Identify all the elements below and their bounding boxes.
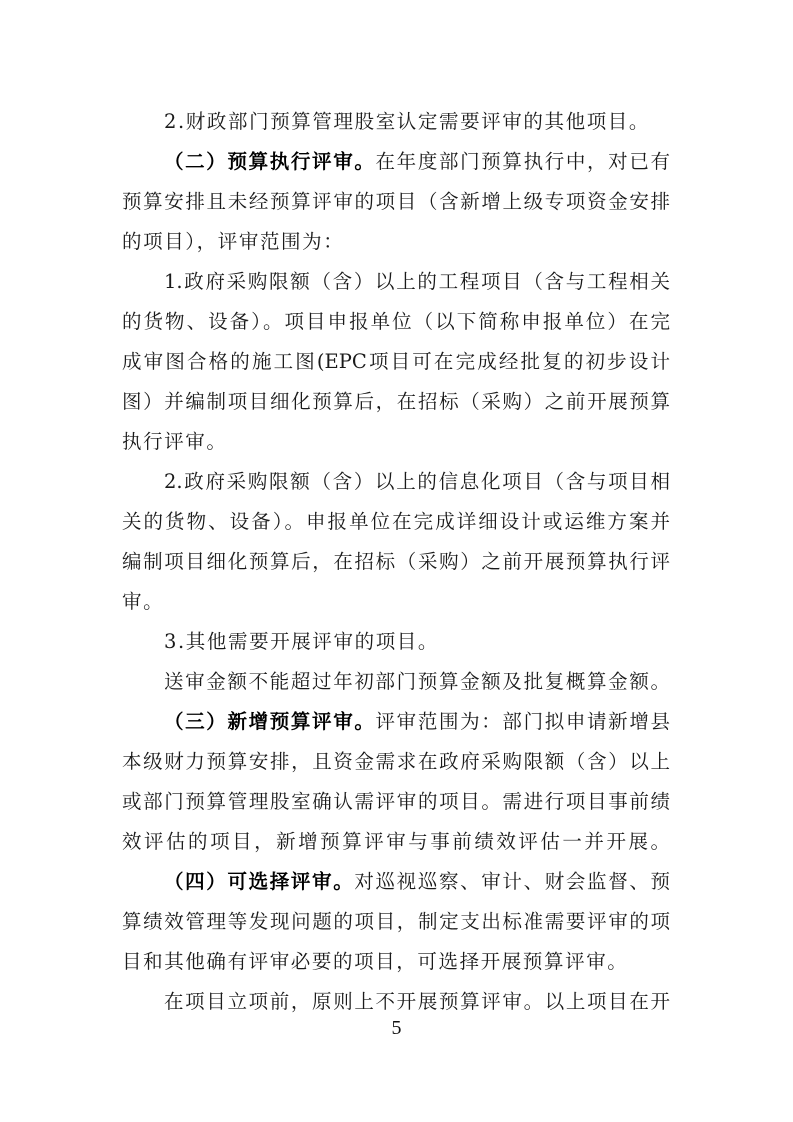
line-text: 本级财力预算安排，且资金需求在政府采购限额（含）以上 (122, 750, 670, 773)
line-text: 图）并编制项目细化预算后，在招标（采购）之前开展预算 (122, 390, 670, 413)
section-heading: （三）新增预算评审。 (164, 710, 376, 733)
text-line: 本级财力预算安排，且资金需求在政府采购限额（含）以上 (122, 742, 670, 782)
text-line: 执行评审。 (122, 422, 670, 462)
line-text: 3.其他需要开展评审的项目。 (164, 630, 439, 653)
line-text: 2.财政部门预算管理股室认定需要评审的其他项目。 (164, 110, 650, 133)
line-text: 对巡视巡察、审计、财会监督、预 (354, 870, 670, 893)
section-heading-line: （三）新增预算评审。评审范围为：部门拟申请新增县 (122, 702, 670, 742)
section-heading-line: （二）预算执行评审。在年度部门预算执行中，对已有 (122, 142, 670, 182)
text-line: 关的货物、设备）。申报单位在完成详细设计或运维方案并 (122, 502, 670, 542)
text-line: 3.其他需要开展评审的项目。 (122, 622, 670, 662)
line-text: 或部门预算管理股室确认需评审的项目。需进行项目事前绩 (122, 790, 670, 813)
line-text: 算绩效管理等发现问题的项目，制定支出标准需要评审的项 (122, 910, 670, 933)
line-text: 编制项目细化预算后，在招标（采购）之前开展预算执行评 (122, 550, 670, 573)
line-text: 评审范围为：部门拟申请新增县 (376, 710, 670, 733)
text-line: 预算安排且未经预算评审的项目（含新增上级专项资金安排 (122, 182, 670, 222)
line-text: 审。 (122, 590, 164, 613)
body-text: 2.财政部门预算管理股室认定需要评审的其他项目。 （二）预算执行评审。在年度部门… (122, 102, 670, 1022)
line-text: 送审金额不能超过年初部门预算金额及批复概算金额。 (164, 670, 670, 693)
page-number: 5 (0, 1016, 793, 1040)
section-heading: （四）可选择评审。 (164, 870, 354, 893)
line-text: 2.政府采购限额（含）以上的信息化项目（含与项目相 (164, 470, 670, 493)
text-line: 算绩效管理等发现问题的项目，制定支出标准需要评审的项 (122, 902, 670, 942)
text-line: 2.财政部门预算管理股室认定需要评审的其他项目。 (122, 102, 670, 142)
text-line: 2.政府采购限额（含）以上的信息化项目（含与项目相 (122, 462, 670, 502)
line-text: 的项目），评审范围为： (122, 230, 344, 253)
text-line: 1.政府采购限额（含）以上的工程项目（含与工程相关 (122, 262, 670, 302)
text-line: 的项目），评审范围为： (122, 222, 670, 262)
text-line: 审。 (122, 582, 670, 622)
line-text: 成审图合格的施工图(EPC项目可在完成经批复的初步设计 (122, 350, 670, 373)
line-text: 效评估的项目，新增预算评审与事前绩效评估一并开展。 (122, 830, 670, 853)
section-heading-line: （四）可选择评审。对巡视巡察、审计、财会监督、预 (122, 862, 670, 902)
line-text: 目和其他确有评审必要的项目，可选择开展预算评审。 (122, 950, 628, 973)
line-text: 在年度部门预算执行中，对已有 (376, 150, 670, 173)
line-text: 预算安排且未经预算评审的项目（含新增上级专项资金安排 (122, 190, 670, 213)
text-line: 目和其他确有评审必要的项目，可选择开展预算评审。 (122, 942, 670, 982)
text-line: 的货物、设备）。项目申报单位（以下简称申报单位）在完 (122, 302, 670, 342)
text-line: 编制项目细化预算后，在招标（采购）之前开展预算执行评 (122, 542, 670, 582)
text-line: 图）并编制项目细化预算后，在招标（采购）之前开展预算 (122, 382, 670, 422)
line-text: 执行评审。 (122, 430, 228, 453)
line-text: 的货物、设备）。项目申报单位（以下简称申报单位）在完 (122, 310, 670, 333)
text-line: 效评估的项目，新增预算评审与事前绩效评估一并开展。 (122, 822, 670, 862)
line-text: 1.政府采购限额（含）以上的工程项目（含与工程相关 (164, 270, 670, 293)
document-page: 2.财政部门预算管理股室认定需要评审的其他项目。 （二）预算执行评审。在年度部门… (0, 0, 793, 1122)
text-line: 成审图合格的施工图(EPC项目可在完成经批复的初步设计 (122, 342, 670, 382)
text-line: 送审金额不能超过年初部门预算金额及批复概算金额。 (122, 662, 670, 702)
text-line: 或部门预算管理股室确认需评审的项目。需进行项目事前绩 (122, 782, 670, 822)
section-heading: （二）预算执行评审。 (164, 150, 376, 173)
line-text: 关的货物、设备）。申报单位在完成详细设计或运维方案并 (122, 510, 670, 533)
line-text: 在项目立项前，原则上不开展预算评审。以上项目在开 (164, 990, 670, 1013)
